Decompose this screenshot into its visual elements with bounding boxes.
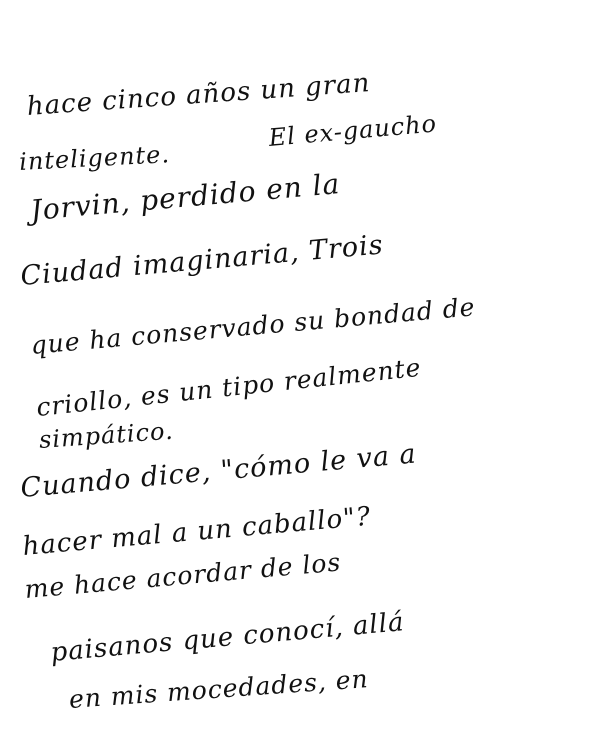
- handwritten-line: criollo, es un tipo realmente: [35, 353, 423, 422]
- handwritten-line: paisanos que conocí, allá: [49, 607, 405, 668]
- handwritten-line: hace cinco años un gran: [26, 68, 371, 122]
- handwritten-line: Ciudad imaginaria, Trois: [19, 229, 384, 292]
- handwritten-line: inteligente.: [19, 140, 171, 176]
- handwritten-line: Jorvin, perdido en la: [29, 167, 341, 227]
- handwritten-line: que ha conservado su bondad de: [29, 292, 476, 360]
- handwritten-line: simpático.: [38, 417, 174, 454]
- handwritten-line: El ex-gaucho: [268, 109, 439, 152]
- manuscript-page: hace cinco años un gran El ex-gaucho int…: [0, 0, 600, 740]
- handwritten-line: en mis mocedades, en: [68, 664, 369, 714]
